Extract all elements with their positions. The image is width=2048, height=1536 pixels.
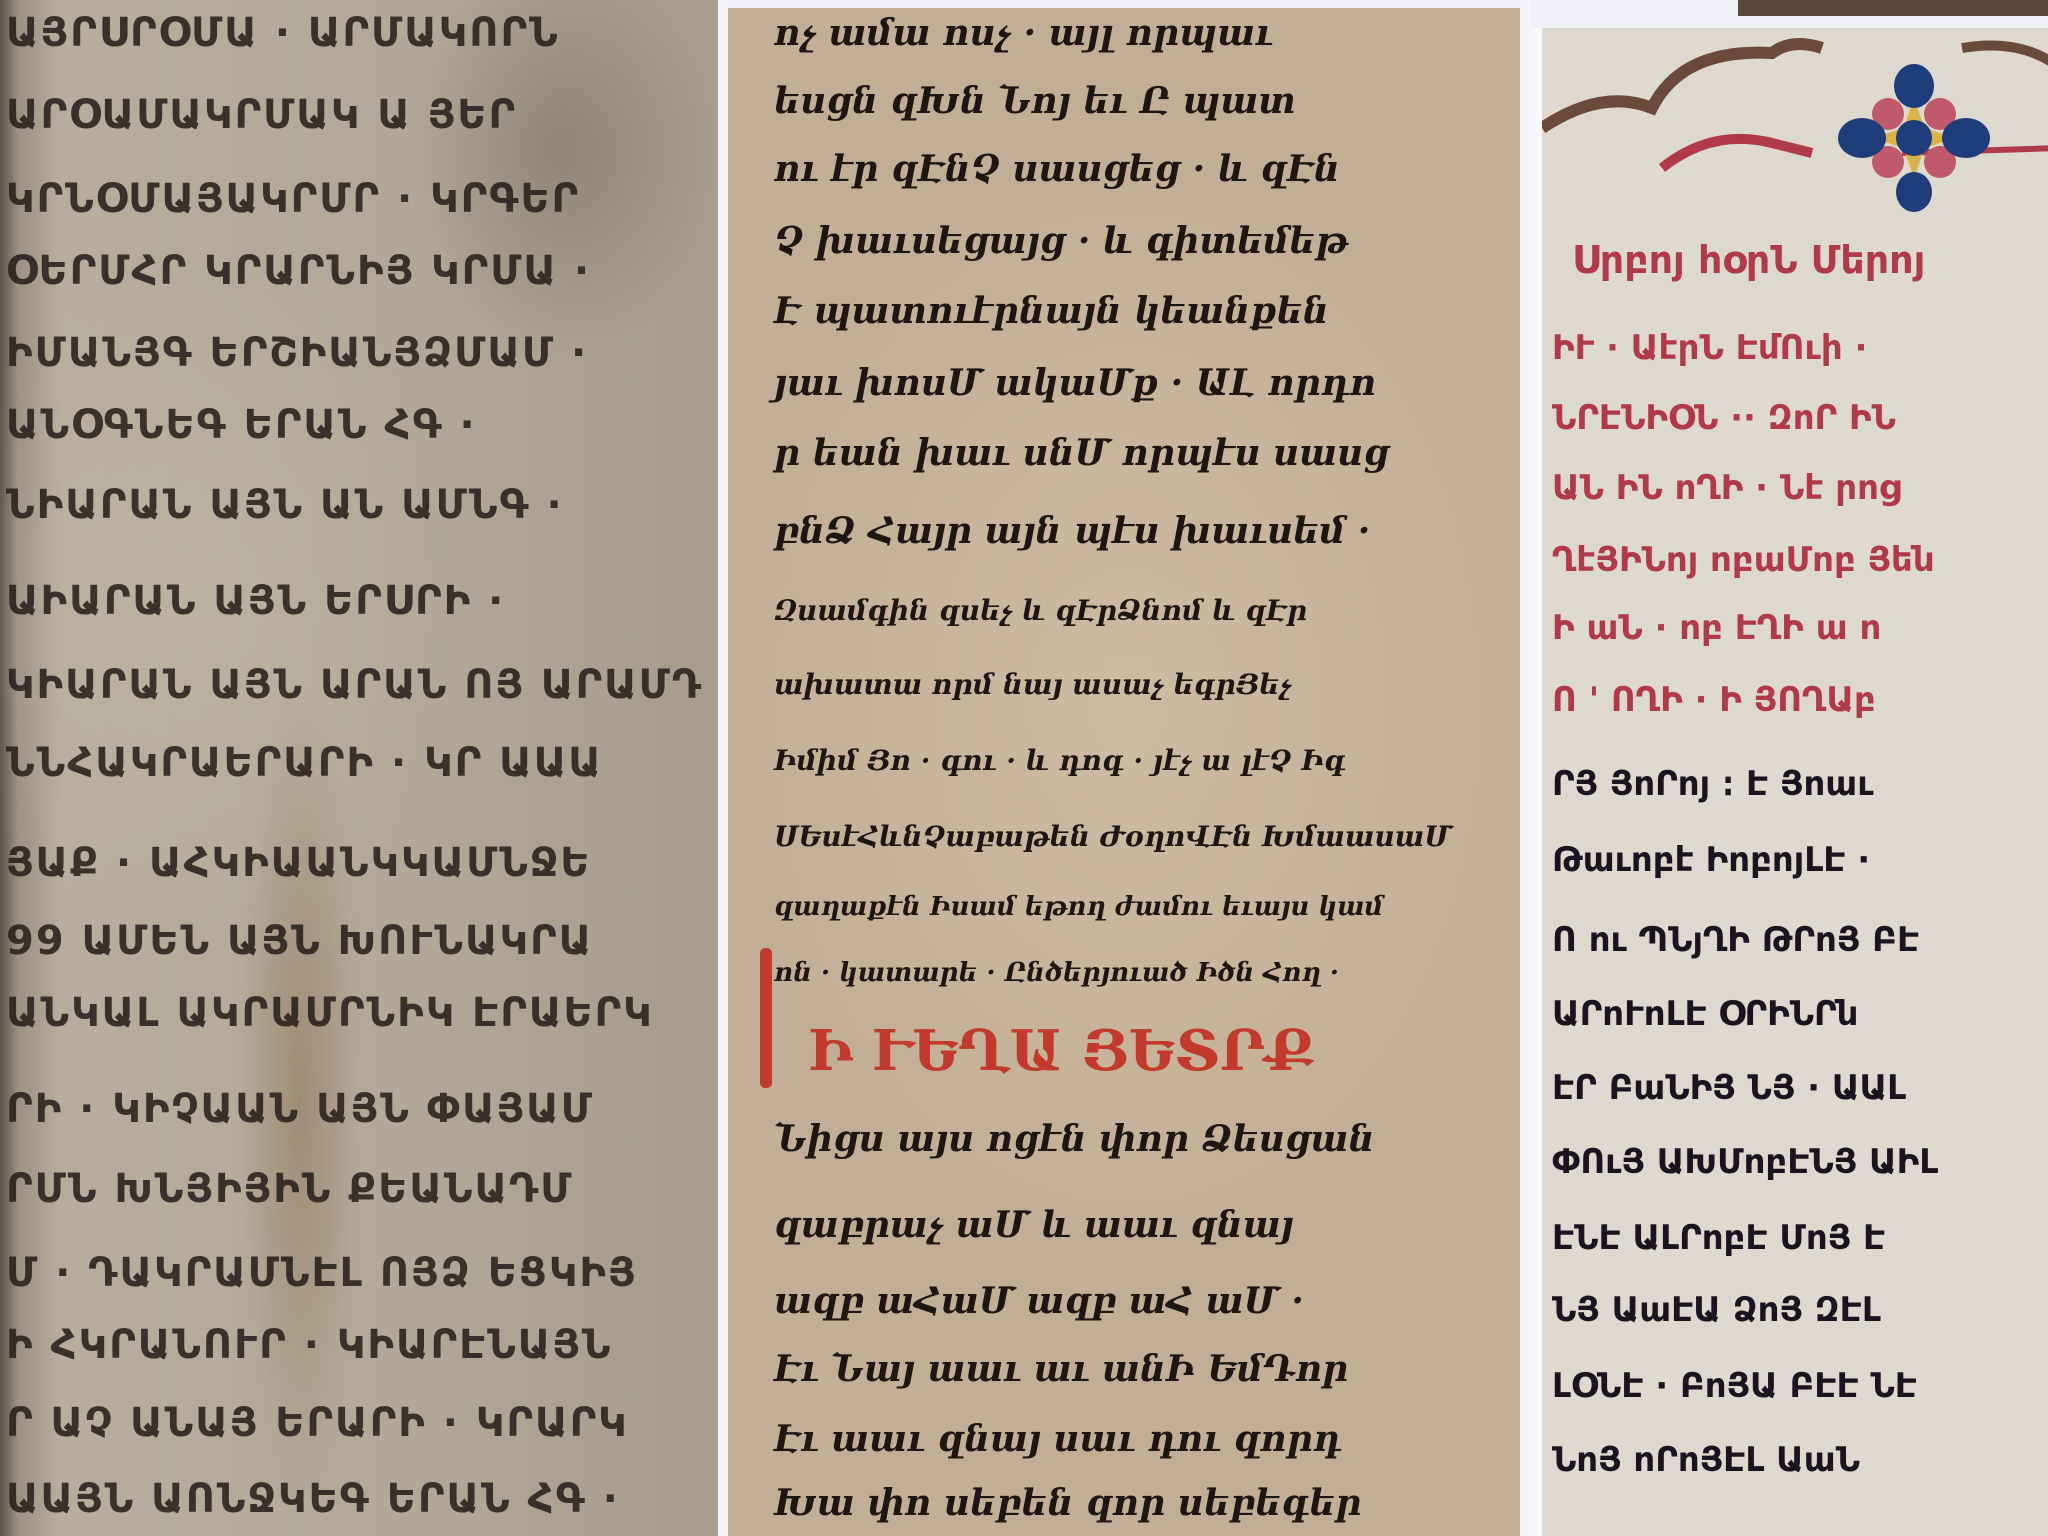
bolorgir-line: զաղաքէն Իսամ եթող ժամու եւայս կամ — [774, 892, 1383, 922]
uncial-line: Ր ԱՉ ԱՆԱՅ ԵՐԱՐԻ · ԿՐԱՐԿ — [6, 1400, 629, 1446]
bolorgir-line: Նիցս այս ոցէն փոր Ձեսցան — [774, 1118, 1374, 1160]
bolorgir-line: ՍԵսէՀևնՉաբաթեն ԺօղոՎԷն ԽմաասաՄ — [774, 820, 1452, 853]
red-text-line: ՆՐԷՆԻՕՆ ·· ԶոՐ ԻՆ — [1552, 398, 1896, 438]
bolorgir-line: յաւ խոսՄ ակաՄք · ԱԼ որդո — [774, 362, 1376, 404]
red-text-line: ՂէՅԻՆոյ ոբաՄոբ Յեն — [1552, 540, 1935, 580]
uncial-line: ՐՄՆ ԽՆՅԻՅԻՆ ՔԵԱՆԱԴՄ — [6, 1166, 573, 1212]
uncial-line: ՐԻ · ԿԻՉԱԱՆ ԱՅՆ ՓԱՅԱՄ — [6, 1086, 594, 1132]
bolorgir-line: Էւ Նայ աաւ աւ անԻ ԵմԴոր — [774, 1348, 1348, 1390]
bolorgir-line: Էւ աաւ զնայ սաւ դու զորդ — [774, 1418, 1342, 1460]
bolorgir-line: Զսամգին զսեչ և զԷրՁնոմ և զԷր — [774, 594, 1307, 627]
uncial-line: ԱԱՅՆ ԱՈՆՋԿԵԳ ԵՐԱՆ ՀԳ · — [6, 1476, 620, 1522]
black-text-line: ԱՐոՒոԼԷ ՕՐԻՆՐն — [1552, 994, 1859, 1034]
left-manuscript-page: ԱՅՐՍՐՕՄԱ · ԱՐՄԱԿՈՐՆ ԱՐՕԱՄԱԿՐՄԱԿ Ա ՅԵՐ ԿՐ… — [0, 0, 718, 1536]
uncial-line: ԱԻԱՐԱՆ ԱՅՆ ԵՐՍՐԻ · — [6, 578, 505, 624]
bolorgir-line: Չ խաւսեցայց · և գիտեմեթ — [774, 220, 1348, 262]
bolorgir-line: եսցն զԽն Նոյ եւ Ը պատ — [774, 80, 1296, 122]
red-text-line: Ի աՆ · ոբ ԷՂԻ ա ո — [1552, 608, 1881, 648]
middle-manuscript-page: ոչ ամա ոսչ · այլ որպաւ եսցն զԽն Նոյ եւ Ը… — [728, 8, 1520, 1536]
bolorgir-line: զաբրաչ աՄ և աաւ զնայ — [774, 1204, 1294, 1246]
uncial-line: ԿԻԱՐԱՆ ԱՅՆ ԱՐԱՆ ՈՅ ԱՐԱՄԴ — [6, 662, 703, 708]
red-text-line: ԱՆ ԻՆ ոՂԻ · Նէ րոց — [1552, 468, 1901, 508]
uncial-line: ԱՐՕԱՄԱԿՐՄԱԿ Ա ՅԵՐ — [6, 92, 517, 138]
bolorgir-line: ազբ աՀաՄ ազբ աՀ աՄ · — [774, 1280, 1304, 1322]
uncial-line: 99 ԱՄԵՆ ԱՅՆ ԽՈՒՆԱԿՐԱ — [6, 918, 593, 964]
uncial-line: ՆՆՀԱԿՐԱԵՐԱՐԻ · ԿՐ ԱԱԱ — [6, 740, 603, 786]
red-text-line: Ո ' ՈՂԻ · Ի ՅՈՂԱբ — [1552, 680, 1876, 720]
adjacent-page-edge — [1738, 0, 2048, 16]
black-text-line: ԷՆԷ ԱԼՐոբԷ ՄոՅ Է — [1552, 1218, 1885, 1258]
ornament-headpiece-icon — [1542, 28, 2048, 228]
bolorgir-line: Խա փո սեբեն զոր սեբեգեր — [774, 1482, 1361, 1524]
red-text-line: Սրբոյ հօրՆ Մերոյ — [1572, 238, 1925, 282]
red-rubric-heading: Ի ՒԵՂԱ ՅԵՏՐՔ — [808, 1018, 1315, 1084]
bolorgir-line: ոն · կատարե · Ընծերյուած Իծն Հող · — [774, 958, 1339, 988]
bolorgir-line: Իմիմ Յո · գու · և դոգ · յէչ ա լէՉ Իգ — [774, 744, 1345, 777]
black-text-line: ԼՕՆԷ · ԲոՅԱ ԲԷԷ ՆԷ — [1552, 1366, 1917, 1406]
bolorgir-line: Է պատուէրնայն կեանքեն — [774, 290, 1329, 332]
bolorgir-line: բնՁ Հայր այն պէս խաւսեմ · — [774, 510, 1370, 552]
uncial-line: ՕԵՐՄՀՐ ԿՐԱՐՆԻՅ ԿՐՄԱ · — [6, 248, 591, 294]
bolorgir-line: ոչ ամա ոսչ · այլ որպաւ — [774, 12, 1273, 54]
black-text-line: ՓՈւՅ ԱԽՄոբԷՆՅ ԱԻԼ — [1552, 1142, 1938, 1182]
black-text-line: ՆՅ ԱաԷԱ ՁոՅ ԶԷԼ — [1552, 1290, 1881, 1330]
gutter-left — [718, 0, 728, 1536]
black-text-line: Թաւոբէ ԻոբոյԼԷ · — [1552, 840, 1870, 880]
uncial-line: ՆԻԱՐԱՆ ԱՅՆ ԱՆ ԱՄՆԳ · — [6, 482, 564, 528]
right-illuminated-page: Սրբոյ հօրՆ Մերոյ ԻՒ · ԱէրՆ ԷմՈւի · ՆՐԷՆԻ… — [1530, 28, 2048, 1536]
black-text-line: ԷՐ ԲաՆԻՅ ՆՅ · ԱԱԼ — [1552, 1068, 1906, 1108]
black-text-line: ՆոՅ ոՐոՅԷԼ ԱաՆ — [1552, 1440, 1860, 1480]
uncial-line: Ի ՀԿՐԱՆՈՒՐ · ԿԻԱՐԷՆԱՅՆ — [6, 1322, 613, 1368]
black-text-line: Ո ու ՊՆյՂԻ ԹՐոՅ ԲԷ — [1552, 920, 1919, 960]
red-initial-stroke — [760, 948, 772, 1088]
black-text-line: ՐՅ ՅոՐոյ ։ Է Յոաւ — [1552, 764, 1874, 804]
uncial-line: ՅԱՔ · ԱՀԿԻԱԱՆԿԿԱՄՆՋԵ — [6, 840, 591, 886]
uncial-line: ԻՄԱՆՅԳ ԵՐՇԻԱՆՅՁՄԱՄ · — [6, 330, 588, 376]
uncial-line: ԿՐՆՕՄԱՅԱԿՐՄՐ · ԿՐԳԵՐ — [6, 176, 580, 222]
gutter-right — [1520, 0, 1530, 1536]
uncial-line: ԱՆՕԳՆԵԳ ԵՐԱՆ ՀԳ · — [6, 402, 477, 448]
uncial-line: Մ · ԴԱԿՐԱՄՆԷԼ ՈՅՁ ԵՑԿԻՅ — [6, 1250, 638, 1296]
uncial-line: ԱՅՐՍՐՕՄԱ · ԱՐՄԱԿՈՐՆ — [6, 10, 560, 56]
red-text-line: ԻՒ · ԱէրՆ ԷմՈւի · — [1552, 328, 1867, 368]
bolorgir-line: ախատա որմ նայ ասաչ եգրՅեչ — [774, 668, 1291, 701]
bolorgir-line: ու էր զԷնՉ սասցեց · և զԷն — [774, 148, 1340, 190]
bolorgir-line: ր եան խաւ սնՄ որպէս սասց — [774, 432, 1389, 474]
uncial-line: ԱՆԿԱԼ ԱԿՐԱՄՐՆԻԿ ԷՐԱԵՐԿ — [6, 990, 654, 1036]
